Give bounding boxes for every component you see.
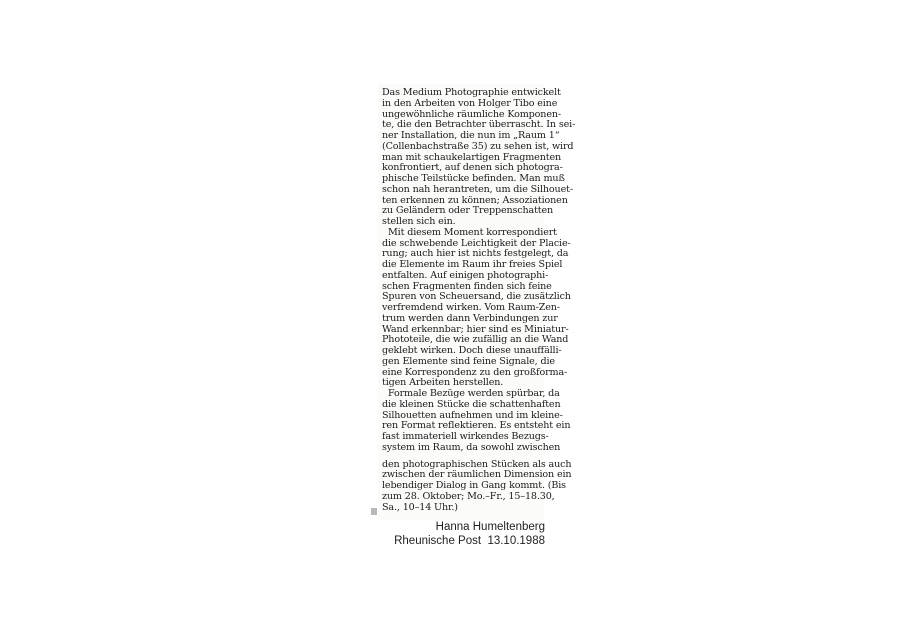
text-line: system im Raum, da sowohl zwischen xyxy=(382,443,541,454)
text-line: schon nah herantreten, um die Silhouet- xyxy=(382,185,541,196)
text-line: entfalten. Auf einigen photographi- xyxy=(382,271,541,282)
text-line: Mit diesem Moment korrespondiert xyxy=(382,228,541,239)
scan-artifact xyxy=(371,508,377,515)
article-paragraph-3: Formale Bezüge werden spürbar, da die kl… xyxy=(382,389,541,454)
article-paragraph-1: Das Medium Photographie entwickelt in de… xyxy=(382,88,541,228)
text-line: trum werden dann Verbindungen zur xyxy=(382,314,541,325)
caption-author: Hanna Humeltenberg xyxy=(394,520,545,534)
article-paragraph-2: Mit diesem Moment korrespondiert die sch… xyxy=(382,228,541,389)
text-line: (Collenbachstraße 35) zu sehen ist, wird xyxy=(382,142,541,153)
text-line: die kleinen Stücke die schattenhaften xyxy=(382,400,541,411)
article-column: Das Medium Photographie entwickelt in de… xyxy=(382,88,541,513)
text-line: Sa., 10–14 Uhr.) xyxy=(382,503,541,514)
text-line: gen Elemente sind feine Signale, die xyxy=(382,357,541,368)
article-caption: Hanna Humeltenberg Rheunische Post 13.10… xyxy=(394,520,545,548)
text-line: zum 28. Oktober; Mo.–Fr., 15–18.30, xyxy=(382,492,541,503)
article-paragraph-4: den photographischen Stücken als auch zw… xyxy=(382,460,541,514)
caption-source-date: Rheunische Post 13.10.1988 xyxy=(394,534,545,548)
text-line: in den Arbeiten von Holger Tibo eine xyxy=(382,99,541,110)
